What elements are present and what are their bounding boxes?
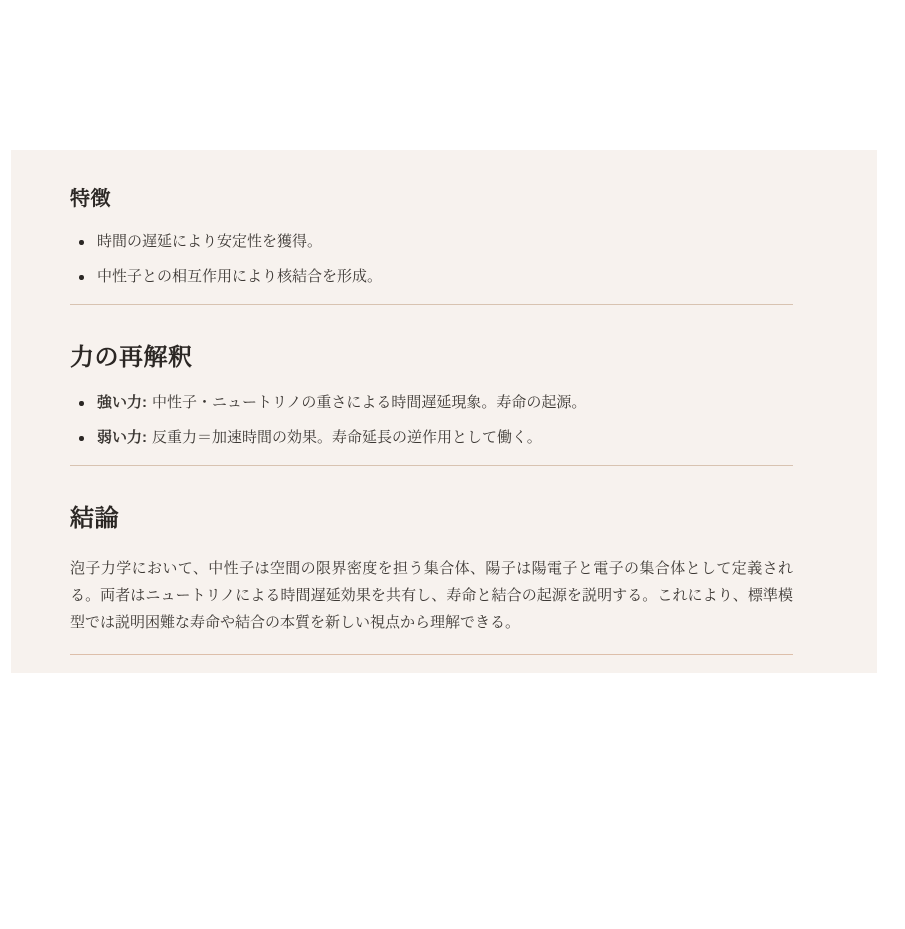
page: 特徴 時間の遅延により安定性を獲得。 中性子との相互作用により核結合を形成。 力…	[0, 0, 905, 929]
list-item: 弱い力:反重力＝加速時間の効果。寿命延長の逆作用として働く。	[70, 430, 793, 446]
section-divider	[70, 465, 793, 466]
section-conclusion: 結論 泡子力学において、中性子は空間の限界密度を担う集合体、陽子は陽電子と電子の…	[70, 504, 793, 655]
section-heading-forces: 力の再解釈	[70, 343, 793, 373]
conclusion-paragraph: 泡子力学において、中性子は空間の限界密度を担う集合体、陽子は陽電子と電子の集合体…	[70, 555, 793, 636]
list-item-label: 弱い力:	[97, 429, 147, 446]
bullet-icon	[79, 275, 84, 280]
bullet-icon	[79, 240, 84, 245]
section-divider	[70, 304, 793, 305]
list-item-text: 時間の遅延により安定性を獲得。	[97, 233, 322, 250]
section-forces: 力の再解釈 強い力:中性子・ニュートリノの重さによる時間遅延現象。寿命の起源。 …	[70, 343, 793, 466]
list-item-text: 中性子・ニュートリノの重さによる時間遅延現象。寿命の起源。	[152, 394, 586, 411]
bullet-icon	[79, 401, 84, 406]
forces-bullet-list: 強い力:中性子・ニュートリノの重さによる時間遅延現象。寿命の起源。 弱い力:反重…	[70, 395, 793, 446]
section-features: 特徴 時間の遅延により安定性を獲得。 中性子との相互作用により核結合を形成。	[70, 186, 793, 305]
list-item: 強い力:中性子・ニュートリノの重さによる時間遅延現象。寿命の起源。	[70, 395, 793, 411]
list-item-label: 強い力:	[97, 394, 147, 411]
list-item-text: 反重力＝加速時間の効果。寿命延長の逆作用として働く。	[152, 429, 542, 446]
section-heading-conclusion: 結論	[70, 504, 793, 534]
list-item: 時間の遅延により安定性を獲得。	[70, 234, 793, 250]
document-panel: 特徴 時間の遅延により安定性を獲得。 中性子との相互作用により核結合を形成。 力…	[11, 150, 877, 673]
section-divider	[70, 654, 793, 655]
section-heading-features: 特徴	[70, 186, 793, 212]
list-item-text: 中性子との相互作用により核結合を形成。	[97, 268, 382, 285]
bullet-icon	[79, 436, 84, 441]
features-bullet-list: 時間の遅延により安定性を獲得。 中性子との相互作用により核結合を形成。	[70, 234, 793, 285]
list-item: 中性子との相互作用により核結合を形成。	[70, 269, 793, 285]
